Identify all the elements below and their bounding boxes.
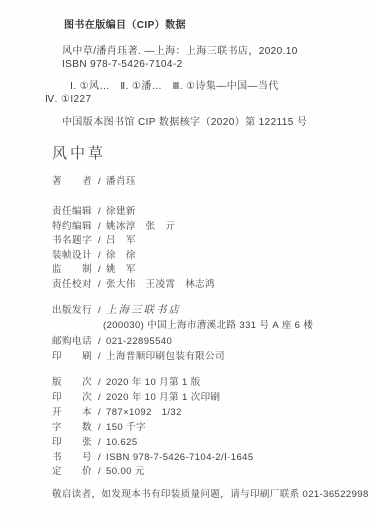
row-value: 2020 年 10 月第 1 次印刷 (106, 392, 220, 403)
row-value: 787×1092 1/32 (106, 407, 182, 418)
slash-separator: / (98, 376, 101, 391)
publisher-row: 出版发行/上海三联书店 (52, 303, 313, 318)
row-value: 50.00 元 (106, 466, 145, 477)
slash-separator: / (98, 406, 101, 421)
cip-index-line2: Ⅳ. ①I227 (45, 93, 357, 106)
credits-block: 责任编辑/徐建新 特约编辑/姚冰淳 张 亓 书名题字/吕 军 装帧设计/徐 徐 … (52, 205, 215, 293)
cip-registry-number: 中国版本图书馆 CIP 数据核字（2020）第 122115 号 (62, 116, 357, 129)
credits-row: 责任编辑/徐建新 (52, 205, 215, 220)
slash-separator: / (98, 391, 101, 406)
row-value: 姚冰淳 张 亓 (106, 221, 175, 232)
phone-row: 邮购电话/021-22895540 (52, 334, 313, 349)
row-value: 张大伟 王凌霄 林志鸿 (106, 279, 215, 290)
phone-number: 021-22895540 (106, 336, 172, 347)
row-label: 监制 (52, 263, 92, 278)
row-label: 特约编辑 (52, 220, 92, 235)
edition-row: 字数/150 千字 (52, 421, 254, 436)
edition-row: 开本/787×1092 1/32 (52, 406, 254, 421)
slash-separator: / (98, 465, 101, 480)
row-label: 书号 (52, 451, 92, 466)
row-value: ISBN 978-7-5426-7104-2/Ⅰ·1645 (106, 452, 254, 463)
credits-row: 书名题字/吕 军 (52, 234, 215, 249)
cip-isbn: ISBN 978-7-5426-7104-2 (62, 58, 357, 71)
row-value: 10.625 (106, 437, 137, 448)
edition-row: 定价/50.00 元 (52, 465, 254, 480)
row-label: 出版发行 (52, 303, 92, 318)
slash-separator: / (98, 436, 101, 451)
book-title: 风中草 (52, 142, 106, 163)
row-label: 定价 (52, 465, 92, 480)
slash-separator: / (98, 421, 101, 436)
credits-row: 监制/姚 军 (52, 263, 215, 278)
cip-header: 图书在版编目（CIP）数据 (64, 19, 357, 32)
author-row: 著者/潘肖珏 (52, 173, 136, 187)
row-value: 吕 军 (106, 235, 136, 246)
slash-separator: / (98, 451, 101, 466)
edition-row: 印次/2020 年 10 月第 1 次印刷 (52, 391, 254, 406)
author-name: 潘肖珏 (106, 176, 136, 187)
credits-row: 特约编辑/姚冰淳 张 亓 (52, 220, 215, 235)
slash-separator: / (98, 349, 101, 364)
slash-separator: / (98, 176, 101, 187)
row-label: 装帧设计 (52, 249, 92, 264)
row-label: 印张 (52, 436, 92, 451)
edition-block: 版次/2020 年 10 月第 1 版 印次/2020 年 10 月第 1 次印… (52, 376, 254, 480)
row-label: 责任校对 (52, 278, 92, 293)
slash-separator: / (98, 220, 101, 235)
printer-row: 印刷/上海普顺印刷包装有限公司 (52, 349, 313, 364)
slash-separator: / (98, 249, 101, 264)
credits-row: 装帧设计/徐 徐 (52, 249, 215, 264)
row-value: 姚 军 (106, 264, 136, 275)
slash-separator: / (98, 234, 101, 249)
slash-separator: / (98, 303, 101, 318)
row-value: 150 千字 (106, 422, 146, 433)
cip-record: 风中草/潘肖珏著. —上海：上海三联书店，2020.10 (62, 45, 357, 58)
slash-separator: / (98, 205, 101, 220)
slash-separator: / (98, 263, 101, 278)
quality-notice: 敬启读者，如发现本书有印装质量问题，请与印刷厂联系 021-36522998 (52, 486, 369, 500)
publishing-block: 出版发行/上海三联书店 (200030) 中国上海市漕溪北路 331 号 A 座… (52, 303, 313, 365)
row-label: 书名题字 (52, 234, 92, 249)
edition-row: 印张/10.625 (52, 436, 254, 451)
row-label: 印次 (52, 391, 92, 406)
row-value: 徐建新 (106, 206, 136, 217)
edition-row: 版次/2020 年 10 月第 1 版 (52, 376, 254, 391)
row-label: 字数 (52, 421, 92, 436)
cip-block: 图书在版编目（CIP）数据 风中草/潘肖珏著. —上海：上海三联书店，2020.… (62, 19, 357, 129)
slash-separator: / (98, 334, 101, 349)
copyright-page: 图书在版编目（CIP）数据 风中草/潘肖珏著. —上海：上海三联书店，2020.… (0, 0, 375, 526)
slash-separator: / (98, 278, 101, 293)
publisher-logotype: 上海三联书店 (106, 304, 181, 316)
credits-row: 责任校对/张大伟 王凌霄 林志鸿 (52, 278, 215, 293)
publisher-address: (200030) 中国上海市漕溪北路 331 号 A 座 6 楼 (52, 318, 313, 333)
row-label: 印刷 (52, 349, 92, 364)
row-label: 版次 (52, 376, 92, 391)
row-value: 2020 年 10 月第 1 版 (106, 377, 201, 388)
row-label: 责任编辑 (52, 205, 92, 220)
edition-row: 书号/ISBN 978-7-5426-7104-2/Ⅰ·1645 (52, 451, 254, 466)
row-label: 邮购电话 (52, 334, 92, 349)
row-value: 徐 徐 (106, 250, 136, 261)
row-label: 著者 (52, 173, 92, 187)
printer-name: 上海普顺印刷包装有限公司 (106, 351, 225, 362)
cip-index-line1: Ⅰ. ①风… Ⅱ. ①潘… Ⅲ. ①诗集—中国—当代 (70, 80, 357, 93)
row-label: 开本 (52, 406, 92, 421)
